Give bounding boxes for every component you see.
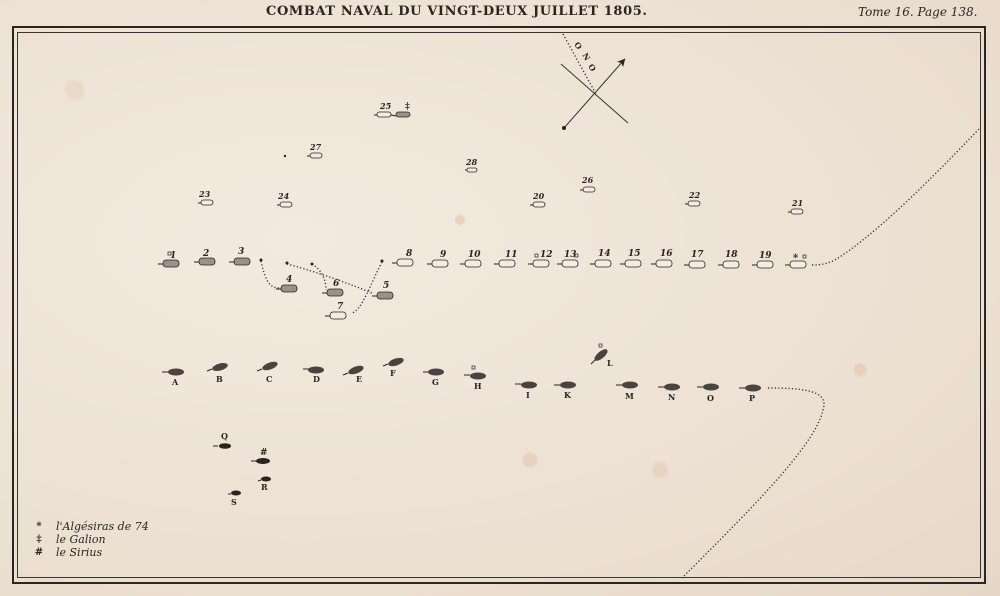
svg-text:10: 10 (468, 250, 481, 260)
hash-icon: # (32, 546, 46, 559)
ship-22[interactable]: 22 (685, 190, 701, 206)
ship-18[interactable]: 18 (718, 250, 739, 268)
star-icon: * (32, 520, 46, 533)
svg-text:K: K (564, 390, 572, 400)
svg-text:Q: Q (221, 431, 228, 441)
combined-fleet-line: A B C D E F G H I K L M N O P Q # R S (162, 344, 761, 507)
compass-label-o2: O (586, 62, 598, 73)
battle-map: O N O 1 2 3 4 5 6 7 8 9 10 11 12 13 14 1… (0, 0, 1000, 596)
ship-i[interactable]: I (515, 382, 537, 401)
ship-10[interactable]: 10 (460, 250, 481, 267)
legend-item-sirius: # le Sirius (32, 546, 149, 559)
ship-p[interactable]: P (739, 385, 761, 404)
ship-19[interactable]: 19 (752, 251, 773, 268)
svg-text:A: A (171, 377, 179, 387)
compass-rose: O N O (561, 34, 628, 130)
legend-text: le Galion (56, 533, 106, 546)
svg-text:16: 16 (660, 249, 673, 259)
svg-text:17: 17 (691, 250, 704, 260)
ship-8[interactable]: 8 (392, 249, 413, 266)
svg-text:M: M (625, 391, 634, 401)
ship-4[interactable]: 4 (276, 275, 297, 292)
ship-algesiras[interactable]: * (785, 253, 806, 268)
ship-1[interactable]: 1 (158, 251, 179, 267)
ship-21[interactable]: 21 (788, 198, 803, 214)
svg-text:13: 13 (564, 250, 577, 260)
track-7 (352, 262, 382, 313)
svg-text:21: 21 (791, 198, 803, 208)
ship-14[interactable]: 14 (590, 249, 611, 267)
algesiras-star-marker: * (793, 253, 799, 264)
track-p (682, 388, 824, 578)
svg-text:19: 19 (759, 251, 772, 261)
map-legend: * l'Algésiras de 74 ‡ le Galion # le Sir… (32, 520, 149, 559)
ship-27[interactable]: 27 (307, 142, 322, 158)
svg-text:12: 12 (540, 250, 553, 260)
svg-text:15: 15 (628, 249, 641, 259)
svg-text:24: 24 (277, 191, 290, 201)
ship-b[interactable]: B (207, 362, 229, 384)
svg-text:H: H (474, 381, 482, 391)
compass-label-n: N (580, 51, 592, 62)
legend-text: l'Algésiras de 74 (56, 520, 149, 533)
double-dagger-icon: ‡ (32, 533, 46, 546)
ship-2[interactable]: 2 (194, 249, 215, 265)
svg-text:5: 5 (383, 281, 389, 291)
ship-l[interactable]: L (591, 344, 613, 368)
ship-26[interactable]: 26 (580, 175, 595, 192)
svg-text:23: 23 (198, 189, 211, 199)
svg-text:28: 28 (465, 157, 478, 167)
ship-16[interactable]: 16 (651, 249, 673, 267)
svg-text:6: 6 (333, 279, 340, 289)
svg-text:E: E (356, 374, 362, 384)
ship-h[interactable]: H (464, 366, 486, 391)
legend-item-algesiras: * l'Algésiras de 74 (32, 520, 149, 533)
track-6 (312, 264, 326, 290)
sirius-marker: # (260, 448, 268, 458)
ship-6[interactable]: 6 (322, 279, 343, 296)
ship-11[interactable]: 11 (494, 250, 518, 267)
ship-28[interactable]: 28 (465, 157, 478, 172)
scattered-ships: 20 21 22 23 24 25 ‡ 26 27 28 (198, 101, 803, 214)
legend-text: le Sirius (56, 546, 102, 559)
ship-23[interactable]: 23 (198, 189, 213, 205)
ship-c[interactable]: C (257, 360, 279, 384)
ship-5[interactable]: 5 (372, 281, 393, 299)
ship-20[interactable]: 20 (530, 191, 545, 207)
compass-label-o1: O (572, 40, 584, 51)
ship-galleon[interactable]: ‡ (391, 102, 410, 117)
svg-text:N: N (668, 392, 675, 402)
svg-text:25: 25 (379, 101, 392, 111)
svg-text:8: 8 (406, 249, 413, 259)
track-algesiras (812, 128, 980, 265)
ship-k[interactable]: K (554, 382, 576, 401)
track-4 (261, 261, 279, 288)
ship-3[interactable]: 3 (229, 247, 250, 265)
ship-r[interactable]: R (258, 477, 271, 493)
svg-text:D: D (313, 374, 320, 384)
svg-text:F: F (390, 368, 396, 378)
svg-text:O: O (707, 393, 714, 403)
ship-n[interactable]: N (658, 384, 680, 403)
galleon-marker: ‡ (405, 102, 410, 112)
ship-25[interactable]: 25 (374, 101, 392, 117)
svg-text:B: B (216, 374, 223, 384)
legend-item-galion: ‡ le Galion (32, 533, 149, 546)
svg-text:3: 3 (238, 247, 244, 257)
ship-m[interactable]: M (616, 382, 638, 402)
svg-text:7: 7 (337, 302, 344, 312)
ship-a[interactable]: A (162, 369, 184, 388)
svg-text:18: 18 (725, 250, 738, 260)
ship-7[interactable]: 7 (325, 302, 346, 319)
svg-text:L: L (607, 358, 613, 368)
ship-s[interactable]: S (228, 491, 241, 508)
ship-e[interactable]: E (343, 364, 365, 384)
ship-15[interactable]: 15 (620, 249, 641, 267)
svg-text:20: 20 (532, 191, 545, 201)
svg-text:G: G (432, 377, 439, 387)
english-line: 1 2 3 4 5 6 7 8 9 10 11 12 13 14 15 16 1… (158, 247, 806, 319)
ship-9[interactable]: 9 (427, 250, 448, 267)
ship-g[interactable]: G (423, 369, 444, 388)
ship-f[interactable]: F (383, 356, 405, 378)
svg-text:22: 22 (688, 190, 701, 200)
svg-text:R: R (261, 482, 268, 492)
ship-24[interactable]: 24 (277, 191, 292, 207)
svg-text:4: 4 (286, 275, 292, 285)
svg-text:26: 26 (581, 175, 594, 185)
ship-q[interactable]: Q (213, 431, 231, 449)
svg-text:11: 11 (505, 250, 518, 260)
ship-17[interactable]: 17 (684, 250, 705, 268)
ship-13[interactable]: 13 (557, 250, 578, 267)
ship-tracks (261, 128, 980, 578)
ship-o[interactable]: O (697, 384, 719, 404)
svg-text:27: 27 (309, 142, 322, 152)
ship-sirius[interactable]: # (251, 448, 270, 464)
svg-text:I: I (526, 390, 530, 400)
svg-text:14: 14 (598, 249, 611, 259)
ship-12[interactable]: 12 (528, 250, 553, 267)
ship-d[interactable]: D (303, 367, 324, 385)
svg-text:S: S (231, 497, 237, 507)
svg-text:P: P (749, 393, 755, 403)
svg-text:C: C (266, 374, 272, 384)
svg-text:2: 2 (202, 249, 209, 259)
svg-text:9: 9 (440, 250, 447, 260)
